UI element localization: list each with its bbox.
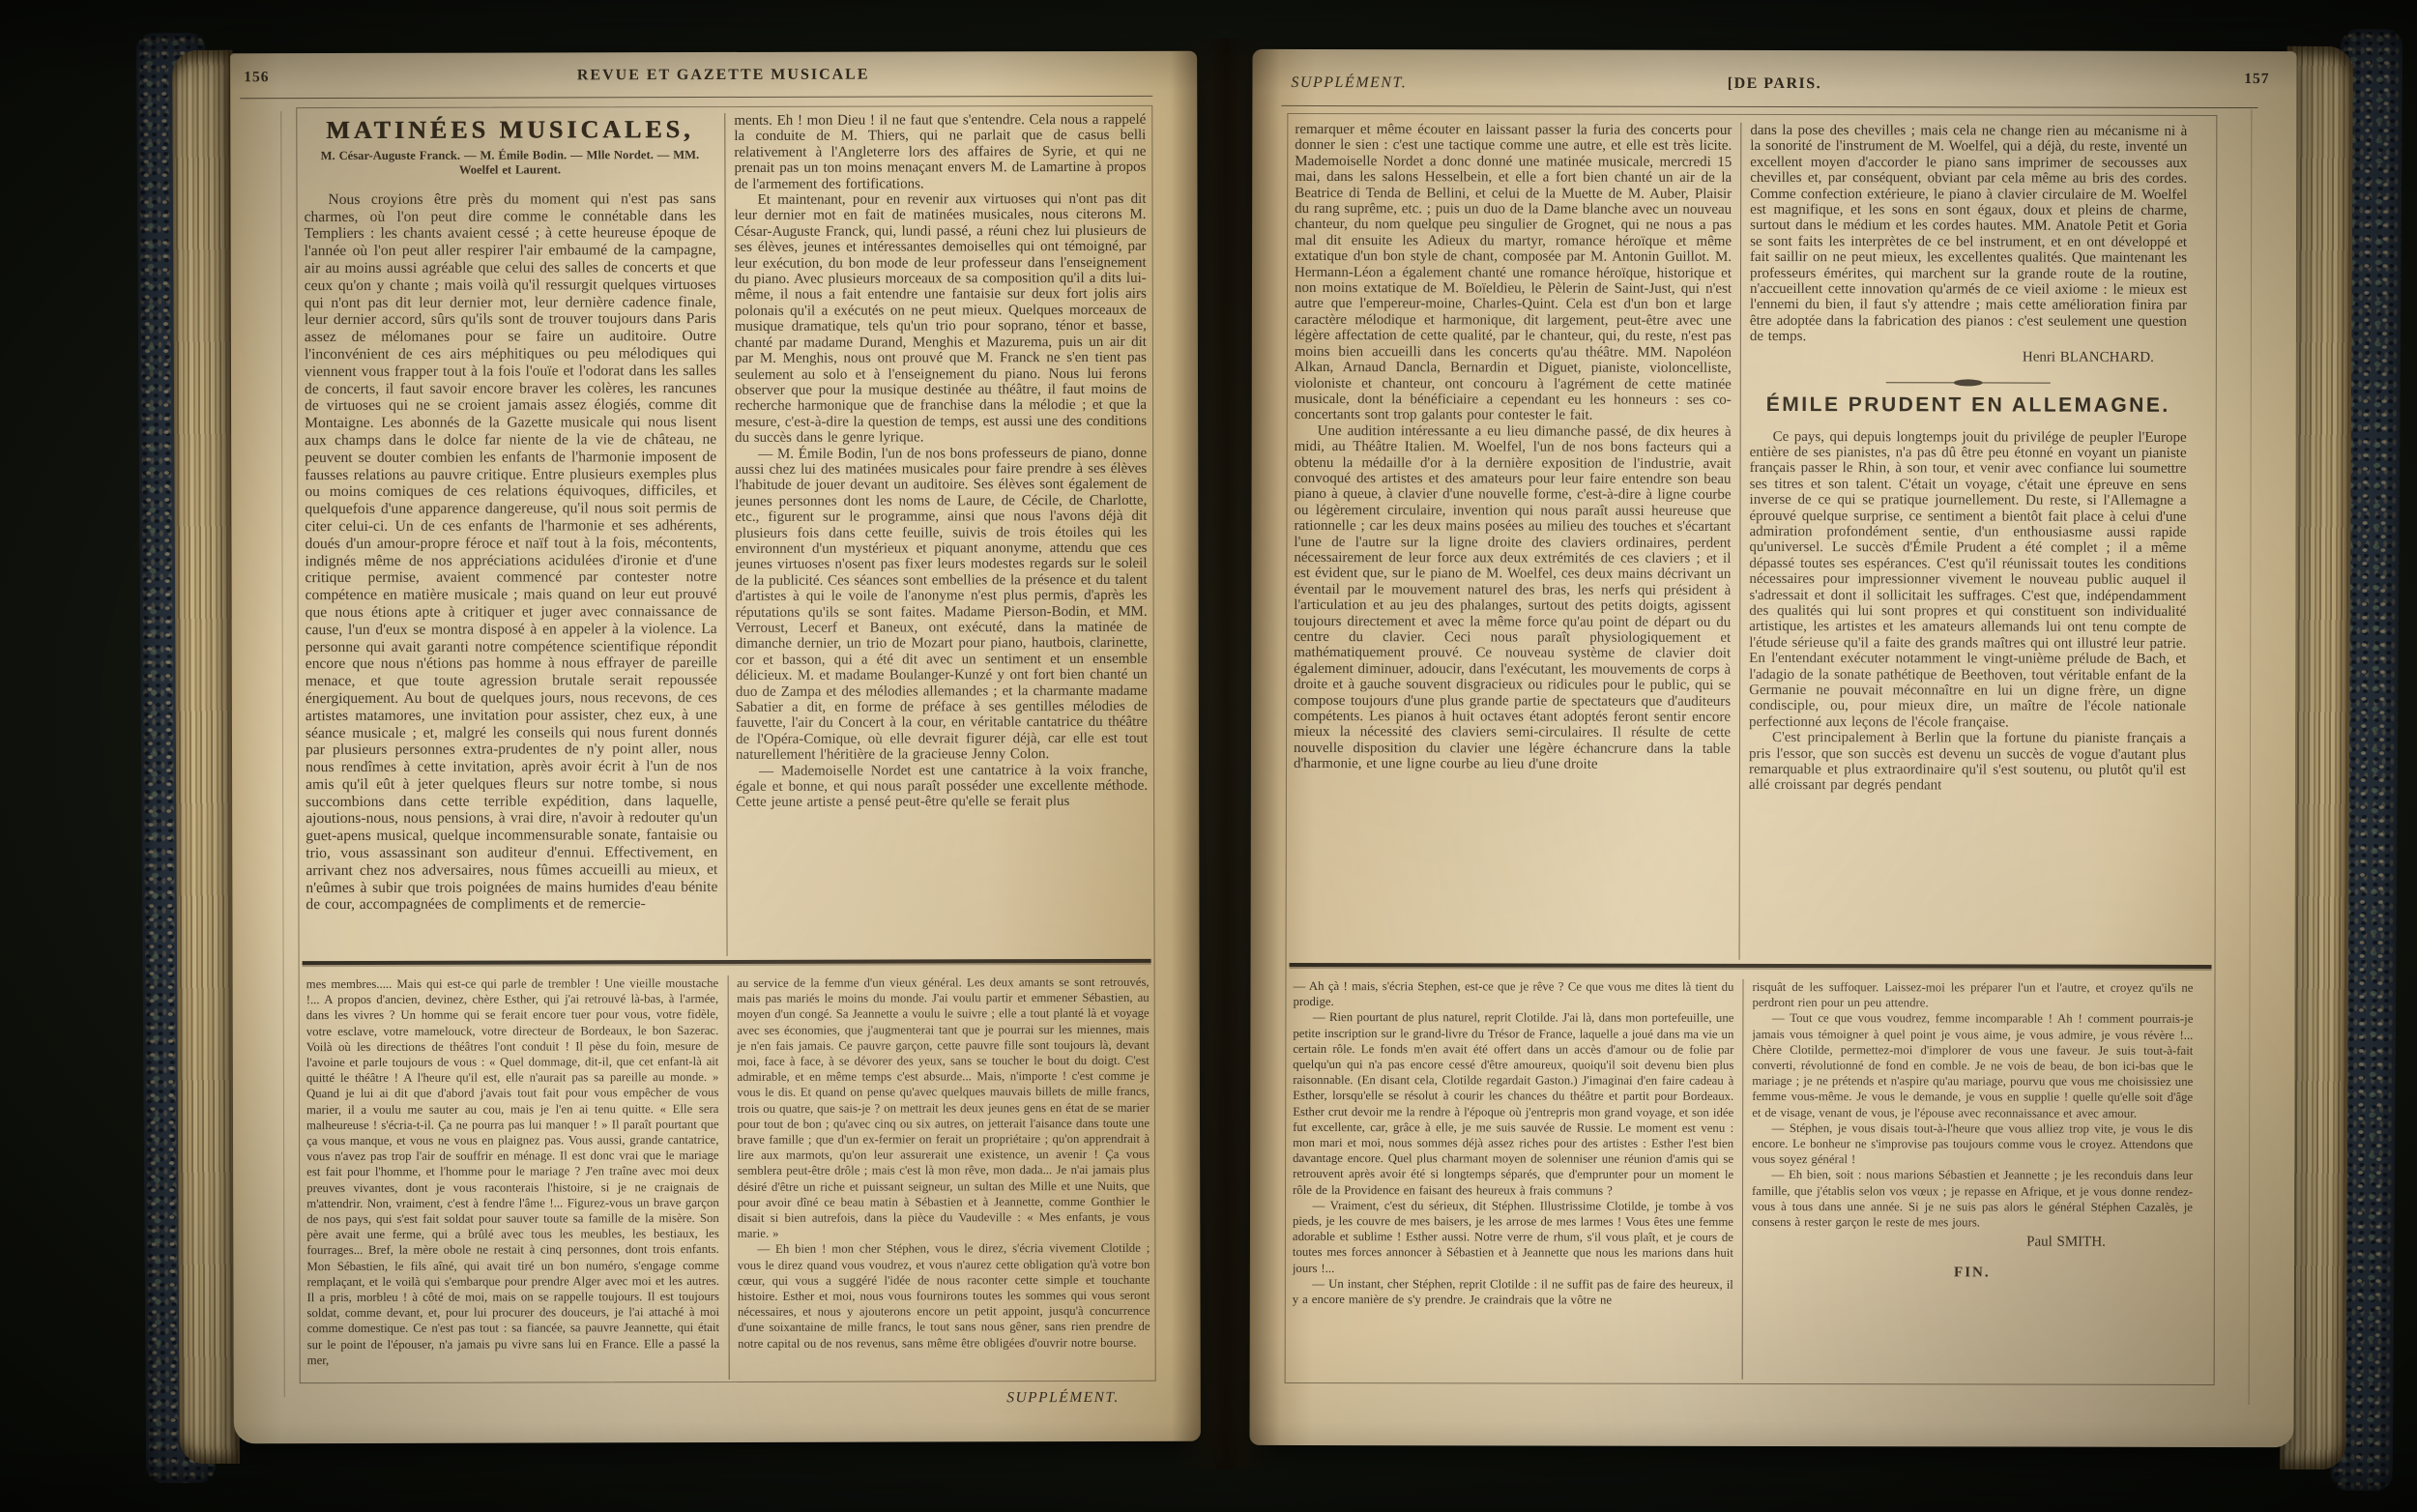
- feuilleton-columns-left: mes membres..... Mais qui est-ce qui par…: [300, 967, 1155, 1381]
- section-divider-ornament: [1886, 378, 2051, 386]
- feuilleton-paragraph: — Rien pourtant de plus naturel, reprit …: [1293, 1009, 1733, 1198]
- article-title: MATINÉES MUSICALES,: [304, 121, 715, 139]
- article-column-3: remarquer et même écouter en laissant pa…: [1294, 122, 1733, 960]
- article-column-1: MATINÉES MUSICALES, M. César-Auguste Fra…: [304, 113, 717, 957]
- feuilleton-paragraph: — Eh bien ! mon cher Stéphen, vous le di…: [738, 1240, 1150, 1352]
- article-paragraph: — Mademoiselle Nordet est une cantatrice…: [736, 762, 1148, 810]
- article-paragraph: Une audition intéressante a eu lieu dima…: [1294, 423, 1732, 773]
- feuilleton-separator-rule: [303, 959, 1151, 965]
- column-rule: [1739, 123, 1742, 960]
- column-rule: [1742, 979, 1744, 1380]
- article-column-2: ments. Eh ! mon Dieu ! il ne faut que s'…: [734, 112, 1148, 956]
- feuilleton-columns-right: — Ah çà ! mais, s'écria Stephen, est-ce …: [1286, 971, 2215, 1381]
- article-paragraph: Nous croyions être près du moment qui n'…: [304, 190, 717, 915]
- running-head-supplement: SUPPLÉMENT.: [1291, 74, 1407, 92]
- feuilleton-text-clip: risquât de les suffoquer. Laissez-moi le…: [1752, 979, 2194, 1231]
- feuilleton-paragraph: au service de la femme d'un vieux généra…: [737, 974, 1150, 1242]
- left-page: 156 REVUE ET GAZETTE MUSICALE MATINÉES M…: [230, 51, 1201, 1444]
- page-number-right: 157: [2244, 71, 2269, 88]
- feuilleton-paragraph: — Vraiment, c'est du sérieux, dit Stéphe…: [1293, 1198, 1733, 1277]
- feuilleton-separator-rule: [1290, 963, 2212, 969]
- feuilleton-column-1: mes membres..... Mais qui est-ce qui par…: [306, 975, 720, 1381]
- supplement-footer-mark: SUPPLÉMENT.: [1006, 1389, 1120, 1407]
- feuilleton-paragraph: — Stéphen, je vous disais tout-à-l'heure…: [1752, 1120, 2193, 1169]
- photographed-book-spread: 156 REVUE ET GAZETTE MUSICALE MATINÉES M…: [0, 0, 2417, 1512]
- right-page: SUPPLÉMENT. [DE PARIS. 157 remarquer et …: [1249, 49, 2296, 1447]
- author-signature: Paul SMITH.: [1752, 1234, 2193, 1250]
- text-block-frame-left: MATINÉES MUSICALES, M. César-Auguste Fra…: [296, 105, 1155, 1383]
- head-rule-right: [1281, 105, 2257, 108]
- article-paragraph: C'est principalement à Berlin que la for…: [1749, 730, 2186, 795]
- main-columns-right: remarquer et même écouter en laissant pa…: [1287, 114, 2217, 961]
- article-column-4: dans la pose des chevilles ; mais cela n…: [1749, 123, 2188, 961]
- feuilleton-paragraph: — Eh bien, soit : nous marions Sébastien…: [1752, 1167, 2193, 1231]
- article-paragraph: ments. Eh ! mon Dieu ! il ne faut que s'…: [734, 112, 1146, 192]
- feuilleton-paragraph: risquât de les suffoquer. Laissez-moi le…: [1752, 979, 2193, 1011]
- page-crease-left: [280, 111, 284, 1397]
- article-paragraph: remarquer et même écouter en laissant pa…: [1295, 122, 1733, 424]
- main-columns-left: MATINÉES MUSICALES, M. César-Auguste Fra…: [297, 106, 1153, 957]
- feuilleton-paragraph: mes membres..... Mais qui est-ce qui par…: [306, 975, 720, 1368]
- page-crease-right: [2249, 109, 2253, 1405]
- running-head-de-paris: [DE PARIS.: [1445, 74, 2103, 93]
- page-number-left: 156: [244, 69, 269, 86]
- column-rule: [724, 113, 727, 956]
- feuilleton-column-2: au service de la femme d'un vieux généra…: [737, 974, 1150, 1380]
- text-block-frame-right: remarquer et même écouter en laissant pa…: [1285, 113, 2218, 1385]
- feuilleton-paragraph: — Un instant, cher Stéphen, reprit Cloti…: [1293, 1276, 1733, 1308]
- article-paragraph: dans la pose des chevilles ; mais cela n…: [1750, 123, 2187, 346]
- article-byline: M. César-Auguste Franck. — M. Émile Bodi…: [304, 148, 715, 178]
- feuilleton-column-3: — Ah çà ! mais, s'écria Stephen, est-ce …: [1293, 978, 1734, 1380]
- feuilleton-paragraph: — Tout ce que vous voudrez, femme incomp…: [1752, 1010, 2193, 1120]
- column-rule: [727, 975, 729, 1380]
- running-title: REVUE ET GAZETTE MUSICALE: [296, 66, 1150, 85]
- article-paragraph: — M. Émile Bodin, l'un de nos bons profe…: [735, 445, 1148, 763]
- author-signature: Henri BLANCHARD.: [1750, 349, 2187, 365]
- feuilleton-column-4: risquât de les suffoquer. Laissez-moi le…: [1752, 979, 2194, 1381]
- article-paragraph: Et maintenant, pour en revenir aux virtu…: [734, 191, 1147, 447]
- feuilleton-paragraph: — Ah çà ! mais, s'écria Stephen, est-ce …: [1293, 978, 1733, 1010]
- page-stack-fore-edge-left: [172, 50, 240, 1464]
- fin-mark: FIN.: [1752, 1265, 2193, 1281]
- article-heading: ÉMILE PRUDENT EN ALLEMAGNE.: [1750, 397, 2187, 414]
- article-paragraph: Ce pays, qui depuis longtemps jouit du p…: [1749, 428, 2187, 731]
- head-rule-left: [240, 96, 1152, 99]
